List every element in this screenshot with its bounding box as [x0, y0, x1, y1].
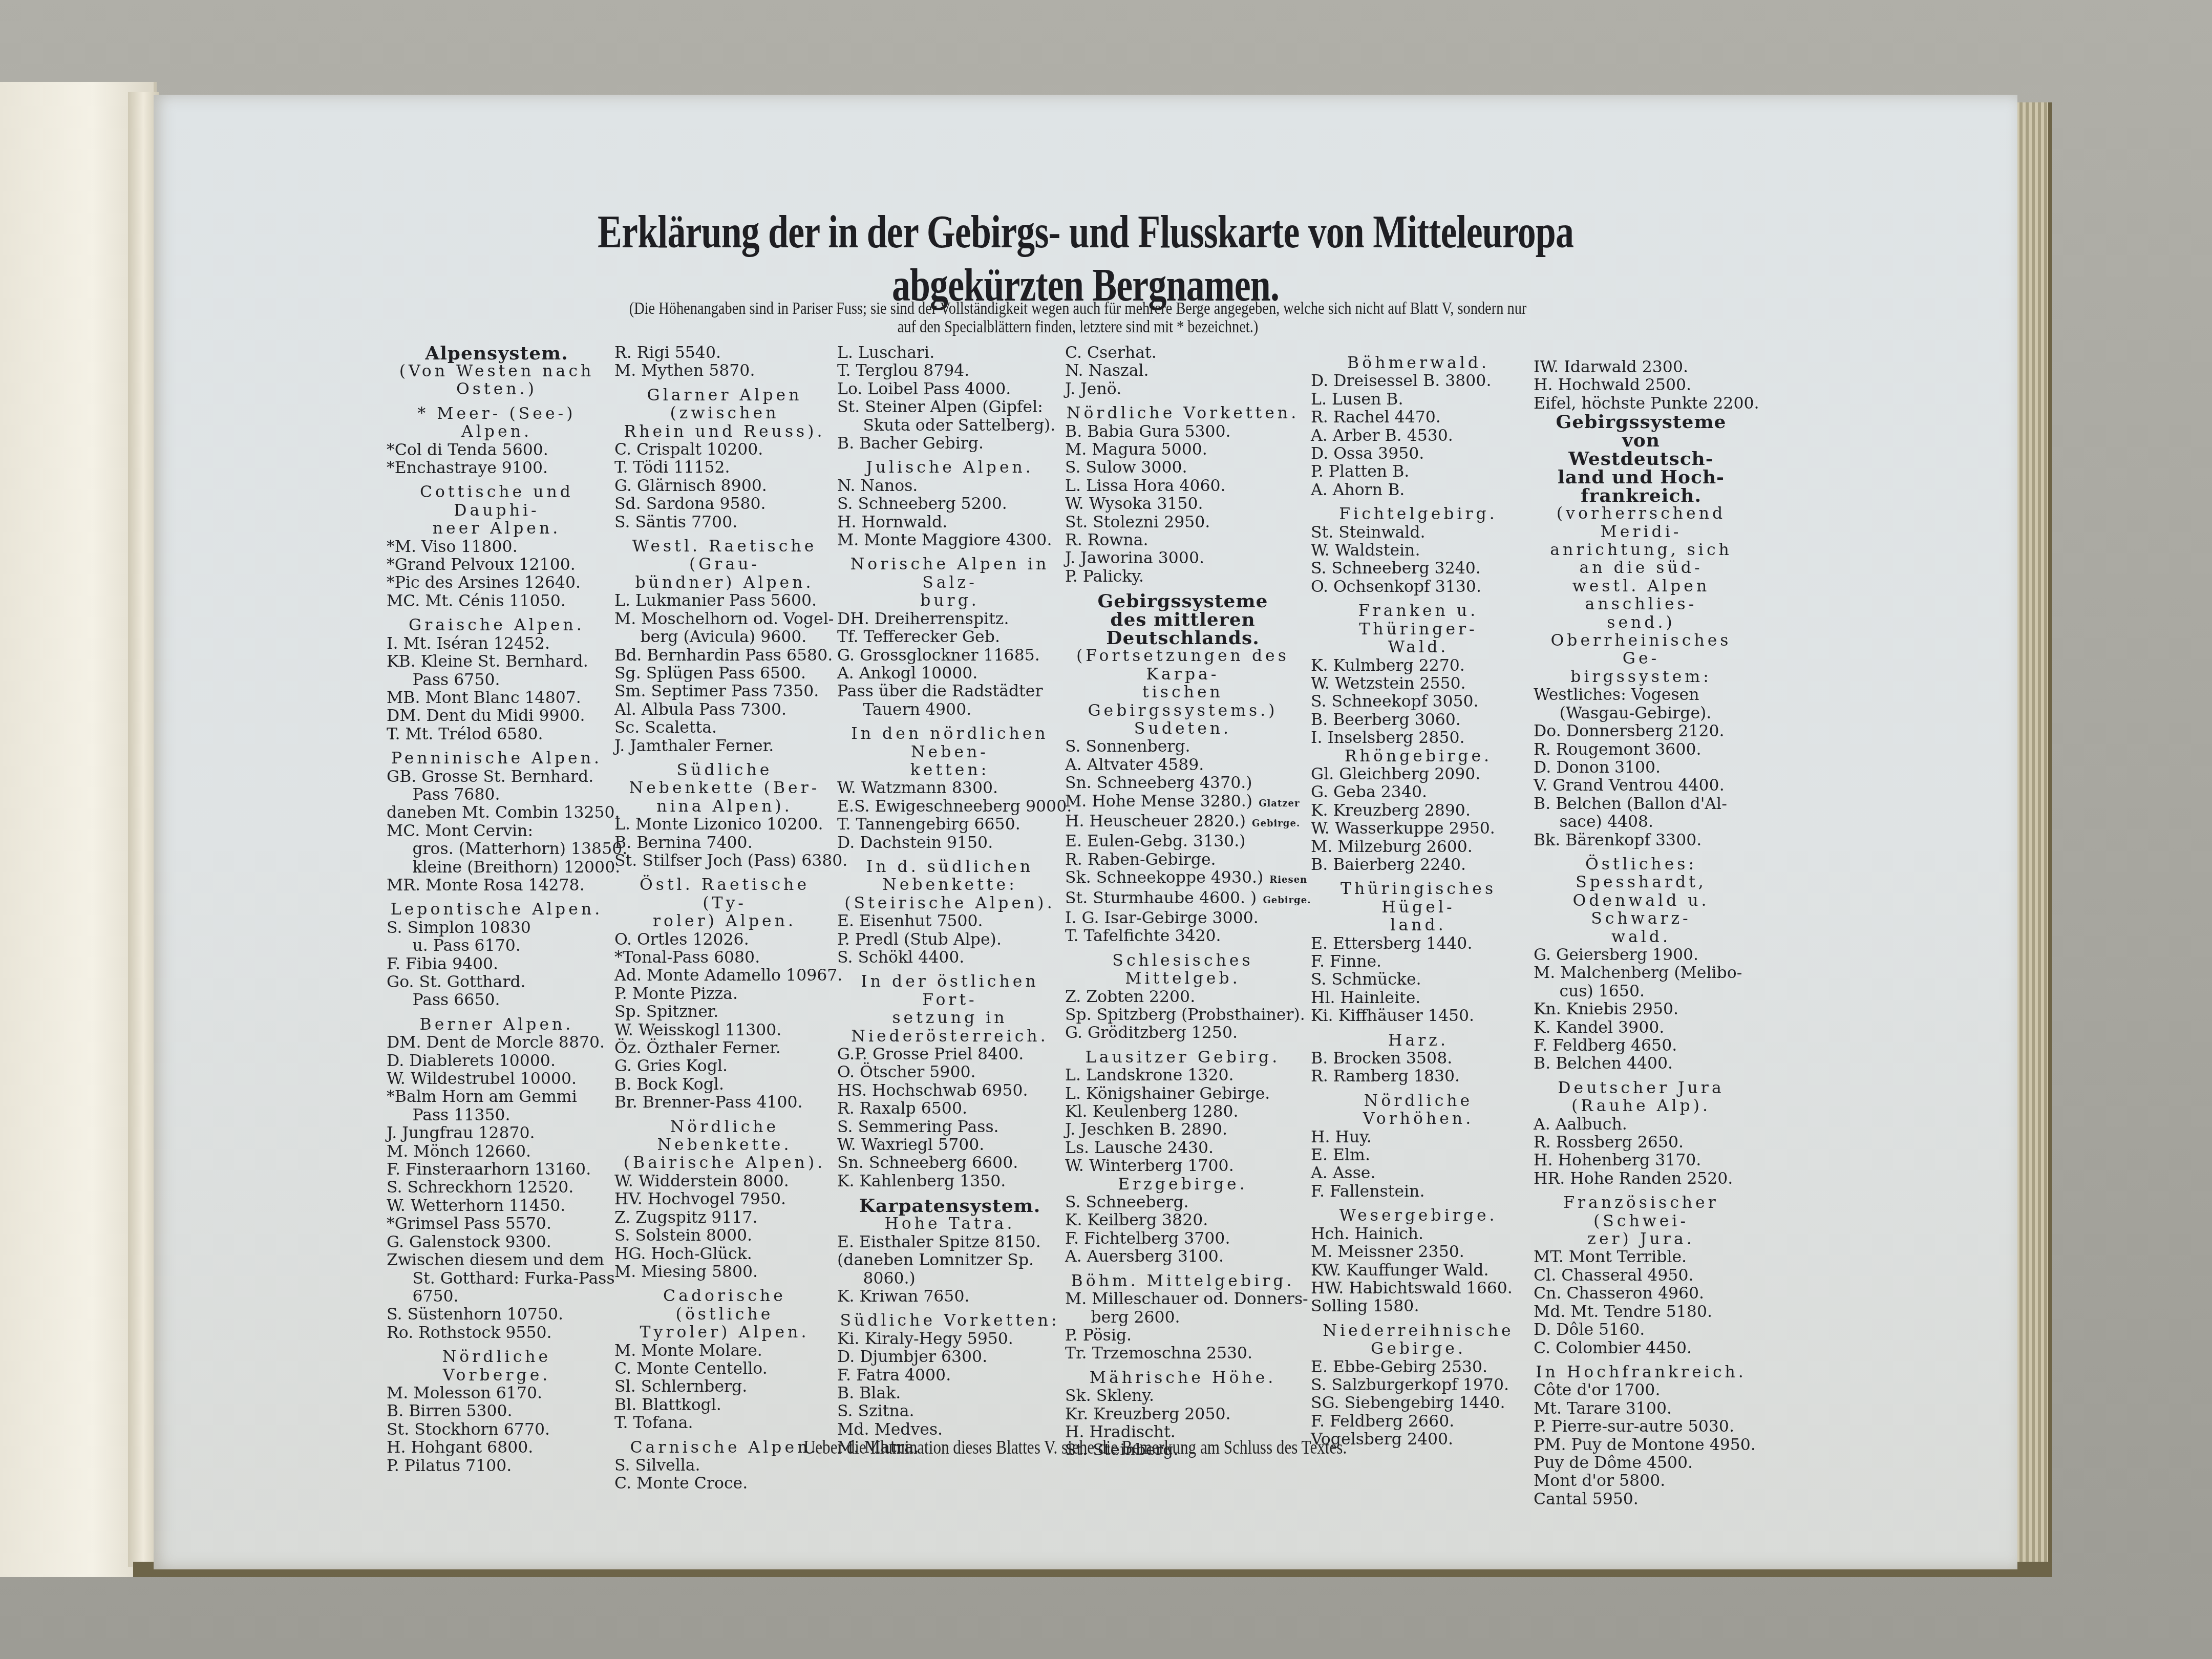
mountain-entry: MT. Mont Terrible.	[1534, 1248, 1749, 1266]
entry-text: Sp. Spitzner.	[614, 1003, 718, 1021]
entry-text: B. Birren 5300.	[387, 1402, 513, 1420]
mountain-entry: F. Fibia 9400.	[387, 955, 607, 973]
system-heading: frankreich.	[1534, 486, 1749, 505]
entry-text: J. Jungfrau 12870.	[387, 1124, 535, 1142]
entry-text: Nördliche Nebenkette.	[657, 1118, 792, 1154]
entry-text: M. Moschelhorn od. Vogel-	[614, 610, 834, 628]
mountain-entry: D. Ossa 3950.	[1311, 445, 1526, 463]
entry-text: land.	[1390, 916, 1446, 934]
entry-text: *M. Viso 11800.	[387, 538, 518, 556]
mountain-entry: G. Geba 2340.	[1311, 783, 1526, 801]
entry-text: Julische Alpen.	[866, 458, 1034, 477]
entry-text: B. Brocken 3508.	[1311, 1049, 1452, 1068]
mountain-entry: Sk. Skleny.	[1065, 1387, 1301, 1405]
mountain-entry: Md. Mt. Tendre 5180.	[1534, 1303, 1749, 1321]
entry-text: G. Gröditzberg 1250.	[1065, 1024, 1238, 1042]
footer-note: Ueber die Illumination dieses Blattes V.…	[739, 1436, 1411, 1459]
entry-text: In den nördlichen Neben-	[851, 725, 1048, 761]
mountain-entry: M. Monte Molare.	[614, 1342, 835, 1360]
entry-text: D. Donon 3100.	[1534, 758, 1661, 777]
mountain-entry: MC. Mt. Cénis 11050.	[387, 592, 607, 610]
entry-text: B. Babia Gura 5300.	[1065, 422, 1231, 441]
section-heading: Nördliche Vorhöhen.	[1311, 1092, 1526, 1129]
entry-text: *Grimsel Pass 5570.	[387, 1215, 551, 1233]
entry-text: G. Geiersberg 1900.	[1534, 946, 1698, 964]
mountain-entry: Ro. Rothstock 9550.	[387, 1324, 607, 1342]
entry-text: Ki. Kiffhäuser 1450.	[1311, 1007, 1474, 1025]
entry-text: (Bairische Alpen).	[624, 1154, 825, 1172]
entry-text: S. Sonnenberg.	[1065, 737, 1190, 756]
mountain-entry: R. Ramberg 1830.	[1311, 1068, 1526, 1086]
mountain-entry: A. Ankogl 10000.	[837, 665, 1062, 683]
mountain-entry: E. Ettersberg 1440.	[1311, 935, 1526, 953]
mountain-entry: L. Königshainer Gebirge.	[1065, 1085, 1301, 1103]
entry-text: St. Sturmhaube 4600. )	[1065, 889, 1257, 907]
entry-text: S. Schreckhorn 12520.	[387, 1178, 573, 1197]
entry-text: P. Palicky.	[1065, 567, 1144, 586]
entry-text: W. Wildestrubel 10000.	[387, 1070, 577, 1088]
entry-text: M. Monte Maggiore 4300.	[837, 531, 1052, 549]
entry-text: Südliche Vorketten:	[840, 1311, 1059, 1330]
mountain-entry: G. Glärnisch 8900.	[614, 477, 835, 495]
entry-text: W. Wysoka 3150.	[1065, 495, 1203, 513]
entry-text: M. Mönch 12660.	[387, 1142, 531, 1161]
section-heading: Thüringisches Hügel-	[1311, 880, 1526, 917]
entry-text: F. Fichtelberg 3700.	[1065, 1229, 1230, 1248]
mountain-entry: F. Finsteraarhorn 13160.	[387, 1161, 607, 1179]
entry-text: *Col di Tenda 5600.	[387, 441, 548, 459]
mountain-entry: M. Milleschauer od. Donners-	[1065, 1290, 1301, 1308]
entry-text: (Von Westen nach Osten.)	[399, 362, 594, 398]
mountain-entry: Mt. Tarare 3100.	[1534, 1400, 1749, 1418]
entry-text: DH. Dreiherrenspitz.	[837, 610, 1009, 628]
mountain-entry: A. Altvater 4589.	[1065, 756, 1301, 774]
section-heading: (Bairische Alpen).	[614, 1154, 835, 1172]
entry-text: P. Platten B.	[1311, 462, 1409, 481]
entry-text: ketten:	[910, 761, 990, 779]
entry-text: DM. Dent du Midi 9900.	[387, 707, 585, 725]
entry-text: Karpatensystem.	[859, 1195, 1040, 1217]
page-title: Erklärung der in der Gebirgs- und Flussk…	[154, 205, 2017, 311]
entry-text: Französischer (Schwei-	[1563, 1194, 1719, 1230]
mountain-entry: W. Winterberg 1700.	[1065, 1157, 1301, 1175]
entry-text: send.)	[1607, 613, 1675, 632]
mountain-entry: W. Waldstein.	[1311, 542, 1526, 560]
entry-text: E. Eisenhut 7500.	[837, 912, 983, 930]
entry-text: DM. Dent de Morcle 8870.	[387, 1033, 605, 1052]
mountain-entry: B. Blak.	[837, 1385, 1062, 1402]
mountain-entry: Bk. Bärenkopf 3300.	[1534, 832, 1749, 849]
section-heading: Östliches: Spesshardt,	[1534, 856, 1749, 892]
mountain-index-columns: Alpensystem.(Von Westen nach Osten.)* Me…	[387, 344, 1749, 1430]
entry-text: Nördliche Vorberge.	[442, 1348, 551, 1384]
entry-text: Sk. Skleny.	[1065, 1387, 1154, 1405]
entry-text: Sc. Scaletta.	[614, 718, 717, 737]
index-column-6: IW. Idarwald 2300.H. Hochwald 2500.Eifel…	[1534, 358, 1749, 1508]
mountain-entry: B. Bernina 7400.	[614, 834, 835, 852]
entry-text: F. Feldberg 4650.	[1534, 1036, 1677, 1055]
mountain-entry: HS. Hochschwab 6950.	[837, 1082, 1062, 1100]
entry-text: R. Rougemont 3600.	[1534, 740, 1701, 759]
entry-text: Tr. Trzemoschna 2530.	[1065, 1344, 1252, 1363]
entry-text: Md. Mt. Tendre 5180.	[1534, 1303, 1712, 1321]
entry-text: M. Mythen 5870.	[614, 361, 755, 380]
mountain-entry: D. Donon 3100.	[1534, 759, 1749, 777]
mountain-entry: C. Cserhat.	[1065, 344, 1301, 362]
entry-text: Kr. Kreuzberg 2050.	[1065, 1405, 1231, 1423]
entry-text: MC. Mont Cervin:	[387, 822, 533, 840]
section-heading: In d. südlichen Nebenkette:	[837, 858, 1062, 895]
entry-text: O. Ötscher 5900.	[837, 1063, 975, 1081]
entry-text: I. G. Isar-Gebirge 3000.	[1065, 909, 1259, 927]
section-heading: Südliche Vorketten:	[837, 1312, 1062, 1330]
entry-text: P. Monte Pizza.	[614, 985, 738, 1003]
mountain-entry: Sl. Schlernberg.	[614, 1378, 835, 1396]
entry-text: K. Kandel 3900.	[1534, 1018, 1664, 1037]
index-column-3: L. Luschari.T. Terglou 8794.Lo. Loibel P…	[837, 344, 1062, 1457]
mountain-entry: Sd. Sardona 9580.	[614, 495, 835, 513]
mountain-entry: B. Belchen (Ballon d'Al-	[1534, 795, 1749, 813]
entry-text: Glarner Alpen (zwischen	[647, 386, 802, 422]
entry-text: C. Crispalt 10200.	[614, 440, 763, 459]
entry-continuation: Pass 7680.	[387, 786, 607, 804]
entry-text: A. Altvater 4589.	[1065, 756, 1204, 774]
section-heading: Fichtelgebirg.	[1311, 505, 1526, 523]
entry-text: I. Inselsberg 2850.	[1311, 729, 1464, 747]
entry-text: Eifel, höchste Punkte 2200.	[1534, 394, 1759, 413]
mountain-entry: W. Wetzstein 2550.	[1311, 675, 1526, 693]
entry-text: D. Dôle 5160.	[1534, 1321, 1645, 1339]
entry-text: wald.	[1611, 928, 1671, 946]
entry-text: KW. Kauffunger Wald.	[1311, 1261, 1488, 1280]
entry-text: S. Semmering Pass.	[837, 1118, 999, 1136]
entry-text: Cadorische (östliche	[663, 1287, 786, 1323]
mountain-entry: F. Fatra 4000.	[837, 1367, 1062, 1385]
entry-text: S. Schneeberg 3240.	[1311, 559, 1481, 578]
system-heading: land und Hoch-	[1534, 468, 1749, 486]
entry-text: (Wasgau-Gebirge).	[1559, 704, 1711, 722]
mountain-entry: P. Platten B.	[1311, 463, 1526, 481]
mountain-entry: KW. Kauffunger Wald.	[1311, 1262, 1526, 1280]
mountain-entry: Kn. Kniebis 2950.	[1534, 1001, 1749, 1018]
section-heading: Cottische und Dauphi-	[387, 483, 607, 520]
entry-text: birgssystem:	[1570, 668, 1712, 686]
entry-text: L. Monte Lizonico 10200.	[614, 815, 823, 834]
entry-text: MR. Monte Rosa 14278.	[387, 876, 585, 895]
mountain-entry: Sn. Schneeberg 4370.)	[1065, 774, 1301, 792]
entry-text: Sn. Schneeberg 4370.)	[1065, 774, 1252, 792]
mountain-entry: T. Tofana.	[614, 1414, 835, 1432]
mountain-entry: W. Widderstein 8000.	[614, 1173, 835, 1190]
mountain-entry: T. Tannengebirg 6650.	[837, 816, 1062, 834]
entry-text: HV. Hochvogel 7950.	[614, 1190, 786, 1208]
mountain-entry: W. Wysoka 3150.	[1065, 495, 1301, 513]
entry-text: P. Pierre-sur-autre 5030.	[1534, 1417, 1734, 1436]
entry-text: Mont d'or 5800.	[1534, 1472, 1665, 1490]
system-heading: Alpensystem.	[387, 344, 607, 363]
mountain-entry: A. Asse.	[1311, 1164, 1526, 1182]
mountain-entry: S. Schökl 4400.	[837, 949, 1062, 967]
section-heading: Wesergebirge.	[1311, 1207, 1526, 1225]
entry-text: Lepontische Alpen.	[391, 900, 603, 919]
entry-text: anrichtung, sich an die süd-	[1550, 541, 1732, 577]
mountain-entry: W. Watzmann 8300.	[837, 779, 1062, 797]
entry-text: W. Wetterhorn 11450.	[387, 1197, 565, 1215]
entry-text: E. Elm.	[1311, 1146, 1370, 1164]
entry-text: Sn. Schneeberg 6600.	[837, 1154, 1018, 1172]
mountain-entry: H. Hochwald 2500.	[1534, 376, 1749, 394]
entry-text: HR. Hohe Randen 2520.	[1534, 1169, 1733, 1188]
entry-text: N. Nanos.	[837, 477, 918, 495]
mountain-entry: W. Wasserkuppe 2950.	[1311, 820, 1526, 838]
entry-text: Pass über die Radstädter	[837, 682, 1043, 700]
section-heading: burg.	[837, 592, 1062, 610]
entry-text: Niederreihnische	[1323, 1322, 1514, 1340]
entry-text: St. Gotthard: Furka-Pass	[412, 1269, 614, 1288]
mountain-entry: F. Finne.	[1311, 953, 1526, 971]
mountain-entry: P. Pösig.	[1065, 1327, 1301, 1345]
mountain-entry: M. Malchenberg (Melibo-	[1534, 964, 1749, 982]
entry-text: Br. Brenner-Pass 4100.	[614, 1093, 803, 1112]
mountain-entry: Eifel, höchste Punkte 2200.	[1534, 395, 1749, 413]
mountain-entry: S. Simplon 10830	[387, 919, 607, 937]
entry-text: * Meer- (See-) Alpen.	[417, 405, 576, 441]
entry-text: M. Malchenberg (Melibo-	[1534, 964, 1742, 982]
entry-text: Sd. Sardona 9580.	[614, 495, 766, 513]
entry-continuation: Pass 11350.	[387, 1107, 607, 1124]
entry-text: H. Hohenberg 3170.	[1534, 1151, 1701, 1169]
entry-text: Pass 11350.	[412, 1106, 510, 1124]
entry-text: Thüringisches Hügel-	[1341, 880, 1496, 916]
section-heading: Glarner Alpen (zwischen	[614, 387, 835, 423]
entry-text: (Steirische Alpen).	[844, 894, 1055, 912]
mountain-entry: K. Keilberg 3820.	[1065, 1211, 1301, 1229]
entry-text: F. Feldberg 2660.	[1311, 1412, 1454, 1431]
entry-text: H. Heuscheuer 2820.)	[1065, 812, 1246, 831]
mountain-entry: Öz. Özthaler Ferner.	[614, 1039, 835, 1057]
section-heading: send.)	[1534, 614, 1749, 632]
mountain-entry: L. Landskrone 1320.	[1065, 1067, 1301, 1084]
entry-text: u. Pass 6170.	[412, 937, 520, 955]
mountain-entry: *Tonal-Pass 6080.	[614, 949, 835, 967]
mountain-entry: D. Diablerets 10000.	[387, 1052, 607, 1070]
entry-text: St. Steiner Alpen (Gipfel:	[837, 398, 1043, 416]
entry-text: R. Raxalp 6500.	[837, 1099, 967, 1118]
mountain-entry: S. Schneeberg 5200.	[837, 495, 1062, 513]
entry-text: G. Gries Kogl.	[614, 1057, 728, 1075]
entry-continuation: Tauern 4900.	[837, 701, 1062, 719]
mountain-entry: S. Schreckhorn 12520.	[387, 1179, 607, 1197]
mountain-entry: R. Raben-Gebirge.	[1065, 851, 1301, 869]
section-heading: Westl. Raetische (Grau-	[614, 538, 835, 574]
entry-text: B. Baierberg 2240.	[1311, 856, 1466, 874]
entry-text: Pass 6650.	[412, 991, 500, 1009]
entry-text: R. Rigi 5540.	[614, 344, 721, 362]
entry-text: Penninische Alpen.	[391, 749, 602, 768]
mountain-entry: G.P. Grosse Priel 8400.	[837, 1046, 1062, 1064]
entry-text: Rhein und Reuss).	[624, 422, 825, 441]
mountain-entry: F. Feldberg 4650.	[1534, 1037, 1749, 1055]
entry-text: Oberrheinisches Ge-	[1550, 631, 1731, 668]
note-line-2: auf den Specialblättern finden, letztere…	[495, 318, 1662, 336]
entry-text: burg.	[920, 591, 980, 610]
entry-text: D. Djumbjer 6300.	[837, 1348, 987, 1366]
entry-text: (vorherrschend Meridi-	[1557, 504, 1726, 541]
section-heading: (Steirische Alpen).	[837, 895, 1062, 912]
entry-text: Südliche Nebenkette (Ber-	[629, 761, 820, 797]
section-heading: wald.	[1534, 928, 1749, 946]
system-heading: Deutschlands.	[1065, 629, 1301, 647]
entry-text: K. Kahlenberg 1350.	[837, 1172, 1006, 1190]
section-heading: Nördliche Vorketten.	[1065, 405, 1301, 422]
entry-text: F. Finne.	[1311, 952, 1381, 971]
mountain-entry: S. Säntis 7700.	[614, 514, 835, 531]
entry-text: G. Grossglockner 11685.	[837, 646, 1040, 665]
entry-text: kleine (Breithorn) 12000.	[412, 858, 620, 877]
entry-text: C. Cserhat.	[1065, 344, 1157, 362]
mountain-entry: B. Bock Kogl.	[614, 1076, 835, 1094]
entry-text: *Grand Pelvoux 12100.	[387, 556, 576, 574]
entry-text: Z. Zobten 2200.	[1065, 988, 1195, 1006]
entry-text: T. Tannengebirg 6650.	[837, 815, 1020, 834]
mountain-entry: St. Stolezni 2950.	[1065, 514, 1301, 531]
section-heading: Penninische Alpen.	[387, 750, 607, 768]
entry-continuation: 6750.	[387, 1288, 607, 1306]
mountain-entry: Br. Brenner-Pass 4100.	[614, 1094, 835, 1112]
entry-text: H. Hohgant 6800.	[387, 1438, 533, 1457]
entry-text: *Balm Horn am Gemmi	[387, 1088, 577, 1106]
entry-text: R. Rachel 4470.	[1311, 408, 1441, 427]
entry-text: A. Asse.	[1311, 1164, 1376, 1182]
section-heading: Südliche Nebenkette (Ber-	[614, 761, 835, 798]
index-column-1: Alpensystem.(Von Westen nach Osten.)* Me…	[387, 344, 607, 1475]
mountain-entry: Kr. Kreuzberg 2050.	[1065, 1406, 1301, 1423]
mountain-entry: E.S. Ewigeschneeberg 9000.	[837, 798, 1062, 816]
entry-text: Odenwald u. Schwarz-	[1572, 891, 1709, 928]
entry-text: F. Fatra 4000.	[837, 1366, 951, 1385]
entry-text: Pass 6750.	[412, 671, 500, 689]
mountain-entry: K. Kandel 3900.	[1534, 1019, 1749, 1037]
entry-text: Gebirge.	[1371, 1339, 1466, 1358]
section-heading: Nördliche Nebenkette.	[614, 1118, 835, 1155]
mountain-entry: *Grimsel Pass 5570.	[387, 1215, 607, 1233]
entry-text: M. Molesson 6170.	[387, 1384, 542, 1402]
entry-text: M. Magura 5000.	[1065, 440, 1207, 459]
entry-text: R. Raben-Gebirge.	[1065, 850, 1216, 869]
mountain-entry: E. Elm.	[1311, 1146, 1526, 1164]
entry-text: (daneben Lomnitzer Sp.	[837, 1251, 1034, 1269]
mountain-entry: E. Eulen-Gebg. 3130.)	[1065, 833, 1301, 850]
section-heading: anrichtung, sich an die süd-	[1534, 541, 1749, 578]
entry-text: B. Bacher Gebirg.	[837, 434, 984, 453]
mountain-entry: B. Birren 5300.	[387, 1402, 607, 1420]
entry-text: In d. südlichen Nebenkette:	[866, 858, 1034, 894]
mountain-entry: KB. Kleine St. Bernhard.	[387, 653, 607, 671]
entry-text: B. Bock Kogl.	[614, 1075, 724, 1094]
mountain-entry: K. Kreuzberg 2890.	[1311, 802, 1526, 820]
entry-text: W. Watzmann 8300.	[837, 779, 998, 797]
entry-text: W. Waldstein.	[1311, 541, 1420, 560]
mountain-entry: S. Sonnenberg.	[1065, 738, 1301, 756]
entry-text: In der östlichen Fort-	[861, 972, 1038, 1009]
entry-text: Berner Alpen.	[420, 1015, 574, 1034]
mountain-entry: B. Bacher Gebirg.	[837, 435, 1062, 453]
section-heading: Gebirge.	[1311, 1340, 1526, 1358]
mountain-entry: P. Monte Pizza.	[614, 985, 835, 1003]
mountain-entry: K. Kriwan 7650.	[837, 1288, 1062, 1306]
section-heading: Odenwald u. Schwarz-	[1534, 892, 1749, 928]
entry-text: K. Keilberg 3820.	[1065, 1211, 1208, 1229]
entry-text: S. Szitna.	[837, 1402, 914, 1420]
entry-text: D. Diablerets 10000.	[387, 1052, 556, 1070]
entry-text: Sm. Septimer Pass 7350.	[614, 682, 819, 700]
entry-text: M. Meissner 2350.	[1311, 1243, 1464, 1261]
mountain-entry: HV. Hochvogel 7950.	[614, 1190, 835, 1208]
entry-text: W. Winterberg 1700.	[1065, 1157, 1234, 1175]
entry-text: Ls. Lausche 2430.	[1065, 1139, 1214, 1157]
entry-text: A. Arber B. 4530.	[1311, 427, 1453, 445]
mountain-entry: S. Süstenhorn 10750.	[387, 1306, 607, 1324]
mountain-entry: S. Solstein 8000.	[614, 1227, 835, 1245]
index-column-4: C. Cserhat.N. Naszal.J. Jenö.Nördliche V…	[1065, 344, 1301, 1460]
entry-text: Harz.	[1388, 1031, 1449, 1050]
entry-text: O. Ortles 12026.	[614, 930, 749, 949]
entry-text: Mährische Höhe.	[1090, 1369, 1277, 1387]
mountain-entry: W. Wildestrubel 10000.	[387, 1070, 607, 1088]
entry-text: Sg. Splügen Pass 6500.	[614, 664, 806, 683]
mountain-entry: Sp. Spitzner.	[614, 1003, 835, 1021]
mountain-entry: H. Hornwald.	[837, 514, 1062, 531]
entry-text: G. Glärnisch 8900.	[614, 477, 767, 495]
section-heading: Berner Alpen.	[387, 1016, 607, 1034]
mountain-entry: Bl. Blattkogl.	[614, 1396, 835, 1414]
entry-text: Zwischen diesem und dem	[387, 1251, 604, 1269]
section-heading: In der östlichen Fort-	[837, 973, 1062, 1009]
mountain-entry: D. Dachstein 9150.	[837, 834, 1062, 852]
section-heading: Niederösterreich.	[837, 1028, 1062, 1046]
mountain-entry: DM. Dent du Midi 9900.	[387, 707, 607, 725]
entry-text: S. Simplon 10830	[387, 919, 531, 937]
mountain-entry: P. Palicky.	[1065, 568, 1301, 586]
entry-text: Gl. Gleichberg 2090.	[1311, 765, 1480, 783]
entry-text: J. Jeschken B. 2890.	[1065, 1120, 1227, 1139]
entry-text: D. Dreisessel B. 3800.	[1311, 372, 1491, 390]
entry-text: E. Eulen-Gebg. 3130.)	[1065, 832, 1246, 850]
entry-continuation: cus) 1650.	[1534, 983, 1749, 1001]
entry-text: E.S. Ewigeschneeberg 9000.	[837, 797, 1072, 816]
entry-text: Niederösterreich.	[851, 1027, 1048, 1046]
section-heading: Schlesisches Mittelgeb.	[1065, 952, 1301, 988]
entry-text: E. Eisthaler Spitze 8150.	[837, 1233, 1041, 1251]
entry-text: K. Kriwan 7650.	[837, 1287, 969, 1306]
mountain-entry: Ls. Lausche 2430.	[1065, 1139, 1301, 1157]
mountain-entry: F. Fallenstein.	[1311, 1183, 1526, 1201]
entry-text: Skuta oder Sattelberg).	[863, 416, 1055, 435]
mountain-entry: *Pic des Arsines 12640.	[387, 574, 607, 592]
entry-text: B. Belchen 4400.	[1534, 1054, 1673, 1073]
entry-text: R. Rossberg 2650.	[1534, 1133, 1684, 1152]
mountain-entry: W. Weisskogl 11300.	[614, 1022, 835, 1039]
entry-text: nina Alpen).	[656, 797, 793, 816]
entry-text: berg (Avicula) 9600.	[640, 628, 806, 646]
section-heading: (Rauhe Alp).	[1534, 1097, 1749, 1115]
entry-text: T. Tödi 11152.	[614, 458, 730, 477]
section-heading: zer) Jura.	[1534, 1230, 1749, 1248]
index-column-5: Böhmerwald.D. Dreisessel B. 3800.L. Luse…	[1311, 354, 1526, 1449]
mountain-entry: Gl. Gleichberg 2090.	[1311, 765, 1526, 783]
entry-text: Bk. Bärenkopf 3300.	[1534, 831, 1701, 849]
entry-text: S. Schneeberg.	[1065, 1193, 1189, 1211]
